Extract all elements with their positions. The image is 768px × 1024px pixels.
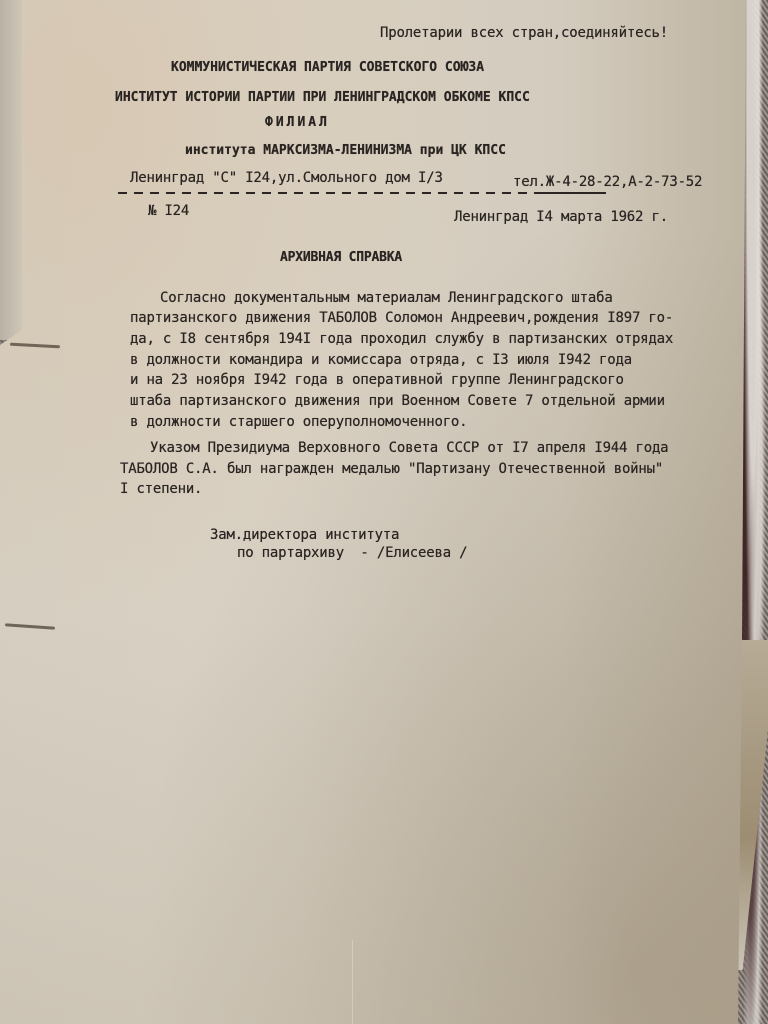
body-line: ТАБОЛОВ С.А. был награжден медалью "Парт… xyxy=(120,461,663,477)
address: Ленинград "С" I24,ул.Смольного дом I/3 xyxy=(130,170,443,186)
header-parent-institute: института МАРКСИЗМА-ЛЕНИНИЗМА при ЦК КПС… xyxy=(185,143,506,158)
photo-scene: Пролетарии всех стран,соединяйтесь! КОММ… xyxy=(0,0,768,1024)
body-line: штаба партизанского движения при Военном… xyxy=(130,393,665,409)
body-line: да, с I8 сентября 194I года проходил слу… xyxy=(130,331,673,347)
document-number: № I24 xyxy=(148,203,189,219)
body-line: и на 23 ноября I942 года в оперативной г… xyxy=(130,372,624,388)
document-title: АРХИВНАЯ СПРАВКА xyxy=(280,250,402,265)
header-institute: ИНСТИТУТ ИСТОРИИ ПАРТИИ ПРИ ЛЕНИНГРАДСКО… xyxy=(115,90,530,105)
body-line: в должности командира и комиссара отряда… xyxy=(130,352,632,368)
body-line: I степени. xyxy=(120,481,202,497)
document-date: Ленинград I4 марта 1962 г. xyxy=(454,209,668,225)
body-line: в должности старшего оперуполномоченного… xyxy=(130,414,467,430)
body-line: Согласно документальным материалам Ленин… xyxy=(160,290,613,306)
archive-certificate: Пролетарии всех стран,соединяйтесь! КОММ… xyxy=(0,0,748,1024)
signature-name: по партархиву - /Елисеева / xyxy=(237,545,467,561)
dashed-divider xyxy=(118,192,538,194)
phone: тел.Ж-4-28-22,А-2-73-52 xyxy=(513,174,702,190)
body-line: Указом Президиума Верховного Совета СССР… xyxy=(150,440,668,456)
solid-underline xyxy=(538,192,606,194)
header-branch: ФИЛИАЛ xyxy=(265,115,330,130)
slogan: Пролетарии всех стран,соединяйтесь! xyxy=(380,25,668,41)
signature-title: Зам.директора института xyxy=(210,527,399,543)
body-line: партизанского движения ТАБОЛОВ Соломон А… xyxy=(130,310,673,326)
header-party: КОММУНИСТИЧЕСКАЯ ПАРТИЯ СОВЕТСКОГО СОЮЗА xyxy=(171,60,484,75)
